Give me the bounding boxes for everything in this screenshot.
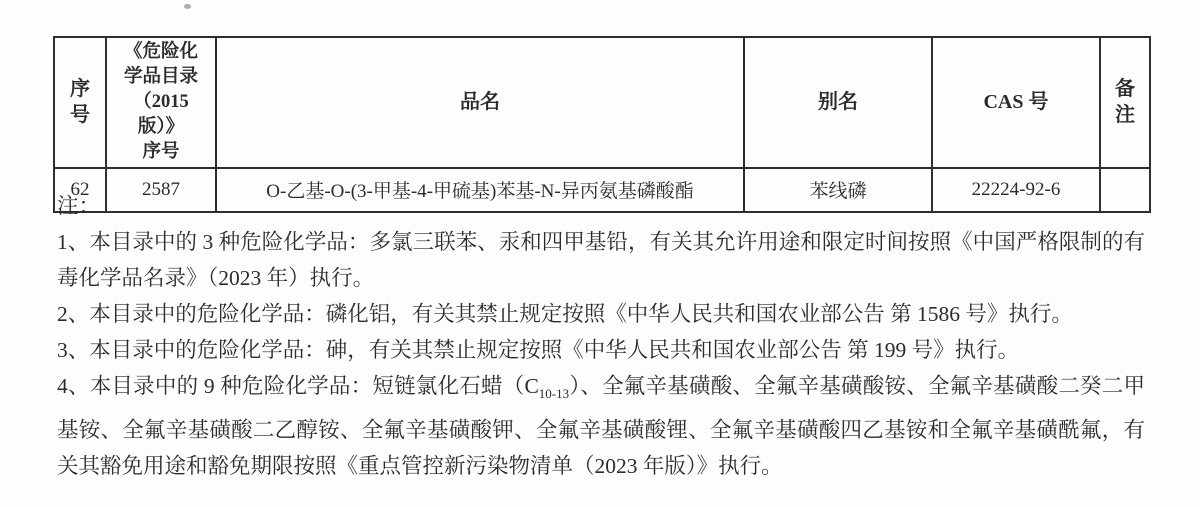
note-3: 3、本目录中的危险化学品：砷，有关其禁止规定按照《中华人民共和国农业部公告 第 … [57,332,1145,368]
header-alias: 别名 [744,37,932,168]
scan-artifact [184,4,191,9]
table-header-row: 序 号 《危险化 学品目录 （2015 版）》 序号 品名 别名 CAS 号 备… [54,37,1150,168]
note-1: 1、本目录中的 3 种危险化学品：多氯三联苯、汞和四甲基铅，有关其允许用途和限定… [57,224,1145,296]
header-seq: 序 号 [54,37,106,168]
note-4-subscript: 10-13 [539,386,569,401]
header-catalog-no: 《危险化 学品目录 （2015 版）》 序号 [106,37,216,168]
note-2: 2、本目录中的危险化学品：磷化铝，有关其禁止规定按照《中华人民共和国农业部公告 … [57,296,1145,332]
header-remark: 备 注 [1100,37,1150,168]
notes-title: 注： [57,188,1145,224]
header-name: 品名 [216,37,744,168]
notes-section: 注： 1、本目录中的 3 种危险化学品：多氯三联苯、汞和四甲基铅，有关其允许用途… [57,188,1145,484]
header-cas: CAS 号 [932,37,1100,168]
document-page: 序 号 《危险化 学品目录 （2015 版）》 序号 品名 别名 CAS 号 备… [0,0,1200,507]
note-4: 4、本目录中的 9 种危险化学品：短链氯化石蜡（C10-13）、全氟辛基磺酸、全… [57,368,1145,484]
hazardous-chemicals-table: 序 号 《危险化 学品目录 （2015 版）》 序号 品名 别名 CAS 号 备… [53,36,1151,213]
note-4-prefix: 4、本目录中的 9 种危险化学品：短链氯化石蜡（C [57,374,539,398]
